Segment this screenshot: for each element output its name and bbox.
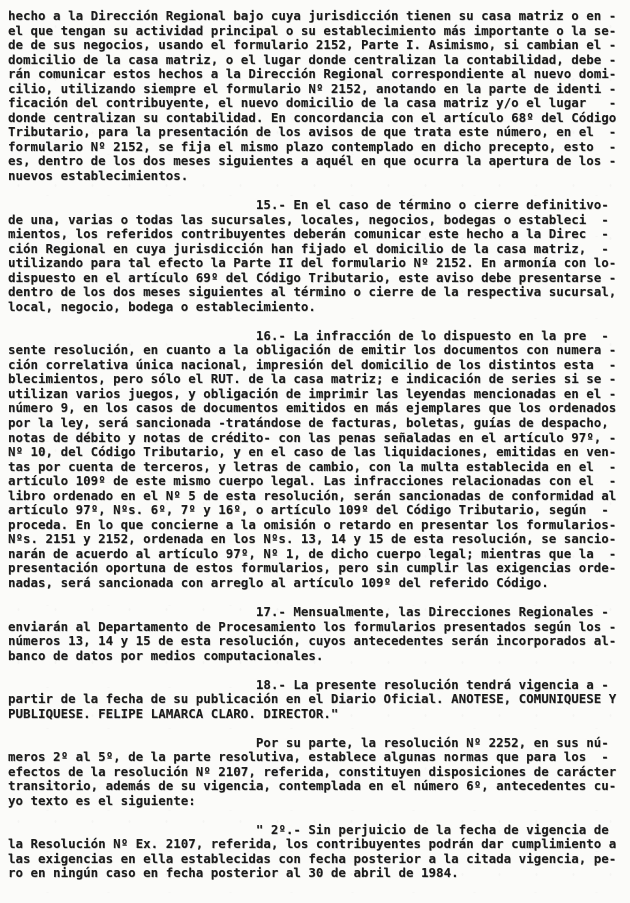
paragraph-item-17: 17.- Mensualmente, las Direcciones Regio… <box>8 605 624 663</box>
paragraph-item-14-continuation: hecho a la Dirección Regional bajo cuya … <box>8 9 624 184</box>
paragraph-item-15: 15.- En el caso de término o cierre defi… <box>8 198 624 314</box>
paragraph-item-18: 18.- La presente resolución tendrá vigen… <box>8 678 624 722</box>
paragraph-item-16: 16.- La infracción de lo dispuesto en la… <box>8 329 624 591</box>
paragraph-quoted-item-2: " 2º.- Sin perjuicio de la fecha de vige… <box>8 823 624 881</box>
paragraph-resolution-2252-intro: Por su parte, la resolución Nº 2252, en … <box>8 736 624 809</box>
document-page: hecho a la Dirección Regional bajo cuya … <box>0 0 630 903</box>
